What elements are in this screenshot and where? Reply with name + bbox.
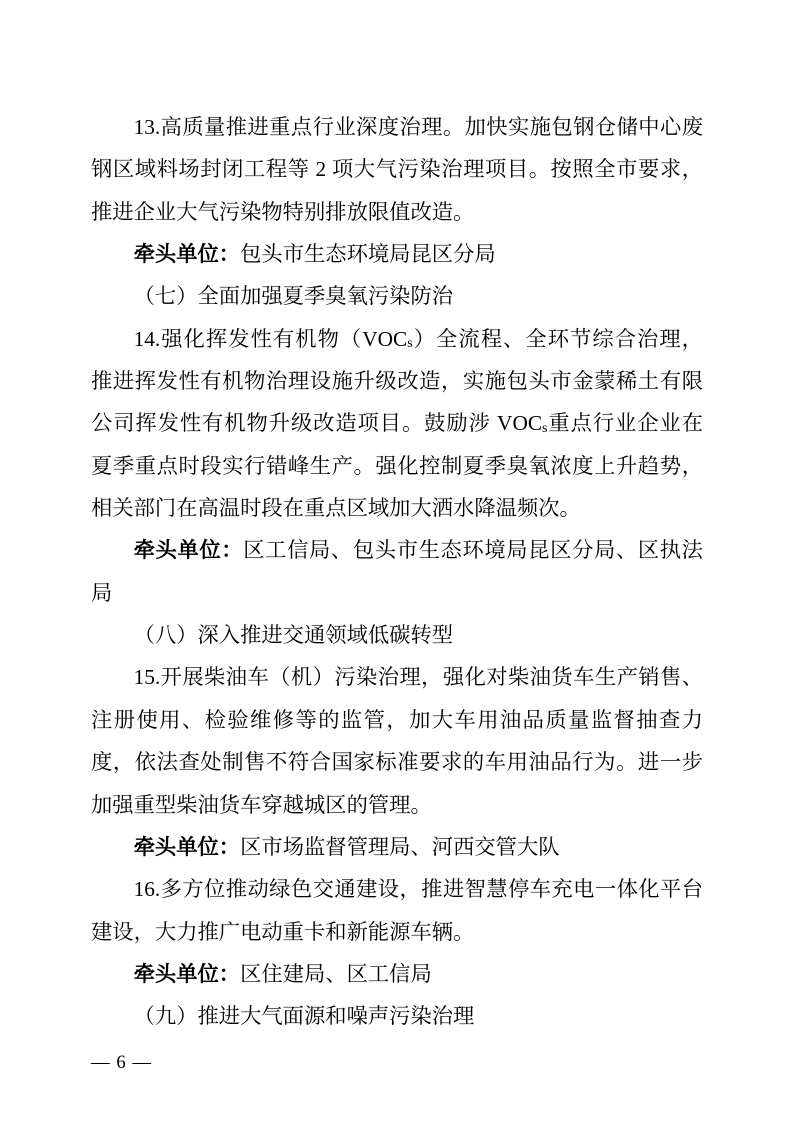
lead-unit-line: 牵头单位：区工信局、包头市生态环境局昆区分局、区执法 [91, 529, 703, 571]
paragraph-14-line: 夏季重点时段实行错峰生产。强化控制夏季臭氧浓度上升趋势， [91, 445, 703, 487]
lead-unit-line: 局 [91, 572, 703, 614]
line-text: 局 [91, 581, 112, 605]
paragraph-16-line: 建设，大力推广电动重卡和新能源车辆。 [91, 911, 703, 953]
paragraph-16-line: 16.多方位推动绿色交通建设，推进智慧停车充电一体化平台 [91, 868, 703, 910]
line-text: 15.开展柴油车（机）污染治理，强化对柴油货车生产销售、 [134, 665, 703, 689]
heading-text: （八）深入推进交通领域低碳转型 [134, 623, 453, 647]
paragraph-14-line: 相关部门在高温时段在重点区域加大洒水降温频次。 [91, 487, 703, 529]
line-text: 区工信局、包头市生态环境局昆区分局、区执法 [243, 538, 703, 562]
lead-unit-label: 牵头单位： [134, 242, 241, 266]
lead-unit-label: 牵头单位： [134, 835, 241, 859]
heading-text: （九）推进大气面源和噪声污染治理 [134, 1004, 475, 1028]
line-text: 相关部门在高温时段在重点区域加大洒水降温频次。 [91, 496, 581, 520]
line-text: 包头市生态环境局昆区分局 [240, 242, 496, 266]
section-heading-7: （七）全面加强夏季臭氧污染防治 [91, 275, 703, 317]
lead-unit-line: 牵头单位：区市场监督管理局、河西交管大队 [91, 826, 703, 868]
paragraph-14-line: 推进挥发性有机物治理设施升级改造，实施包头市金蒙稀土有限 [91, 360, 703, 402]
heading-text: （七）全面加强夏季臭氧污染防治 [134, 284, 453, 308]
line-text: 推进企业大气污染物特别排放限值改造。 [91, 200, 474, 224]
line-text: 14.强化挥发性有机物（VOC [134, 327, 408, 351]
paragraph-13-line: 钢区域料场封闭工程等 2 项大气污染治理项目。按照全市要求， [91, 148, 703, 190]
section-heading-9: （九）推进大气面源和噪声污染治理 [91, 995, 703, 1037]
subscript-text: s [542, 420, 547, 436]
line-text: 公司挥发性有机物升级改造项目。鼓励涉 VOC [91, 411, 542, 435]
lead-unit-label: 牵头单位： [134, 962, 241, 986]
lead-unit-line: 牵头单位：包头市生态环境局昆区分局 [91, 233, 703, 275]
line-text: 区市场监督管理局、河西交管大队 [240, 835, 559, 859]
paragraph-14-line: 公司挥发性有机物升级改造项目。鼓励涉 VOCs重点行业企业在 [91, 402, 703, 444]
line-text: 区住建局、区工信局 [240, 962, 432, 986]
subscript-text: s [407, 335, 412, 351]
paragraph-15-line: 注册使用、检验维修等的监管，加大车用油品质量监督抽查力 [91, 699, 703, 741]
line-text: 钢区域料场封闭工程等 2 项大气污染治理项目。按照全市要求， [91, 157, 703, 181]
line-text: 建设，大力推广电动重卡和新能源车辆。 [91, 920, 474, 944]
line-text: 16.多方位推动绿色交通建设，推进智慧停车充电一体化平台 [134, 877, 703, 901]
lead-unit-line: 牵头单位：区住建局、区工信局 [91, 953, 703, 995]
line-text: ）全流程、全环节综合治理， [413, 327, 703, 351]
document-body: 13.高质量推进重点行业深度治理。加快实施包钢仓储中心废 钢区域料场封闭工程等 … [91, 106, 703, 1038]
paragraph-15-line: 15.开展柴油车（机）污染治理，强化对柴油货车生产销售、 [91, 656, 703, 698]
line-text: 度，依法查处制售不符合国家标准要求的车用油品行为。进一步 [91, 750, 703, 774]
line-text: 夏季重点时段实行错峰生产。强化控制夏季臭氧浓度上升趋势， [91, 454, 703, 478]
paragraph-13-line: 13.高质量推进重点行业深度治理。加快实施包钢仓储中心废 [91, 106, 703, 148]
page-number: — 6 — [91, 1051, 152, 1075]
line-text: 重点行业企业在 [548, 411, 704, 435]
line-text: 加强重型柴油货车穿越城区的管理。 [91, 793, 432, 817]
paragraph-14-line: 14.强化挥发性有机物（VOCs）全流程、全环节综合治理， [91, 318, 703, 360]
section-heading-8: （八）深入推进交通领域低碳转型 [91, 614, 703, 656]
line-text: 13.高质量推进重点行业深度治理。加快实施包钢仓储中心废 [134, 115, 703, 139]
paragraph-13-line: 推进企业大气污染物特别排放限值改造。 [91, 191, 703, 233]
line-text: 注册使用、检验维修等的监管，加大车用油品质量监督抽查力 [91, 708, 703, 732]
paragraph-15-line: 加强重型柴油货车穿越城区的管理。 [91, 784, 703, 826]
line-text: 推进挥发性有机物治理设施升级改造，实施包头市金蒙稀土有限 [91, 369, 703, 393]
document-page: 13.高质量推进重点行业深度治理。加快实施包钢仓储中心废 钢区域料场封闭工程等 … [0, 0, 793, 1122]
lead-unit-label: 牵头单位： [134, 538, 244, 562]
paragraph-15-line: 度，依法查处制售不符合国家标准要求的车用油品行为。进一步 [91, 741, 703, 783]
